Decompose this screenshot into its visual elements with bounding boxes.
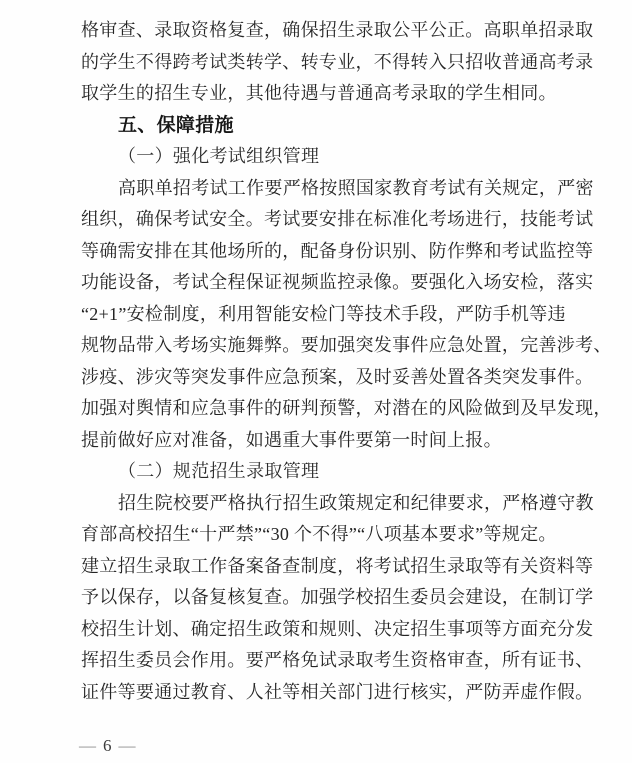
- page-number-dash-left: —: [79, 736, 96, 755]
- text-line: 招生院校要严格执行招生政策规定和纪律要求，严格遵守教: [81, 488, 587, 520]
- text-line: “2+1”安检制度，利用智能安检门等技术手段，严防手机等违: [81, 299, 587, 331]
- text-line: 予以保存，以备复核复查。加强学校招生委员会建设，在制订学: [81, 582, 587, 614]
- text-line: 等确需安排在其他场所的，配备身份识别、防作弊和考试监控等: [81, 236, 587, 268]
- text-line: 提前做好应对准备，如遇重大事件要第一时间上报。: [81, 425, 587, 457]
- text-line: 高职单招考试工作要严格按照国家教育考试有关规定，严密: [81, 173, 587, 205]
- text-line: 格审查、录取资格复查，确保招生录取公平公正。高职单招录取: [81, 15, 587, 47]
- text-line: （一）强化考试组织管理: [81, 141, 587, 173]
- text-line: 组织，确保考试安全。考试要安排在标准化考场进行，技能考试: [81, 204, 587, 236]
- text-line: 加强对舆情和应急事件的研判预警，对潜在的风险做到及早发现，: [81, 393, 587, 425]
- document-body: 格审查、录取资格复查，确保招生录取公平公正。高职单招录取的学生不得跨考试类转学、…: [81, 15, 587, 708]
- page-number: 6: [96, 736, 119, 755]
- text-line: 挥招生委员会作用。要严格免试录取考生资格审查，所有证书、: [81, 645, 587, 677]
- document-page: 格审查、录取资格复查，确保招生录取公平公正。高职单招录取的学生不得跨考试类转学、…: [0, 0, 632, 763]
- text-line: 证件等要通过教育、人社等相关部门进行核实，严防弄虚作假。: [81, 677, 587, 709]
- text-line: 校招生计划、确定招生政策和规则、决定招生事项等方面充分发: [81, 614, 587, 646]
- text-line: 的学生不得跨考试类转学、转专业，不得转入只招收普通高考录: [81, 47, 587, 79]
- text-line: （二）规范招生录取管理: [81, 456, 587, 488]
- text-line: 建立招生录取工作备案备查制度，将考试招生录取等有关资料等: [81, 551, 587, 583]
- page-number-dash-right: —: [119, 736, 136, 755]
- text-line: 育部高校招生“十严禁”“30 个不得”“八项基本要求”等规定。: [81, 519, 587, 551]
- text-line: 涉疫、涉灾等突发事件应急预案，及时妥善处置各类突发事件。: [81, 362, 587, 394]
- text-line: 规物品带入考场实施舞弊。要加强突发事件应急处置，完善涉考、: [81, 330, 587, 362]
- text-line: 取学生的招生专业，其他待遇与普通高考录取的学生相同。: [81, 78, 587, 110]
- text-line: 五、保障措施: [81, 110, 587, 142]
- text-line: 功能设备，考试全程保证视频监控录像。要强化入场安检，落实: [81, 267, 587, 299]
- page-footer: —6—: [79, 733, 136, 759]
